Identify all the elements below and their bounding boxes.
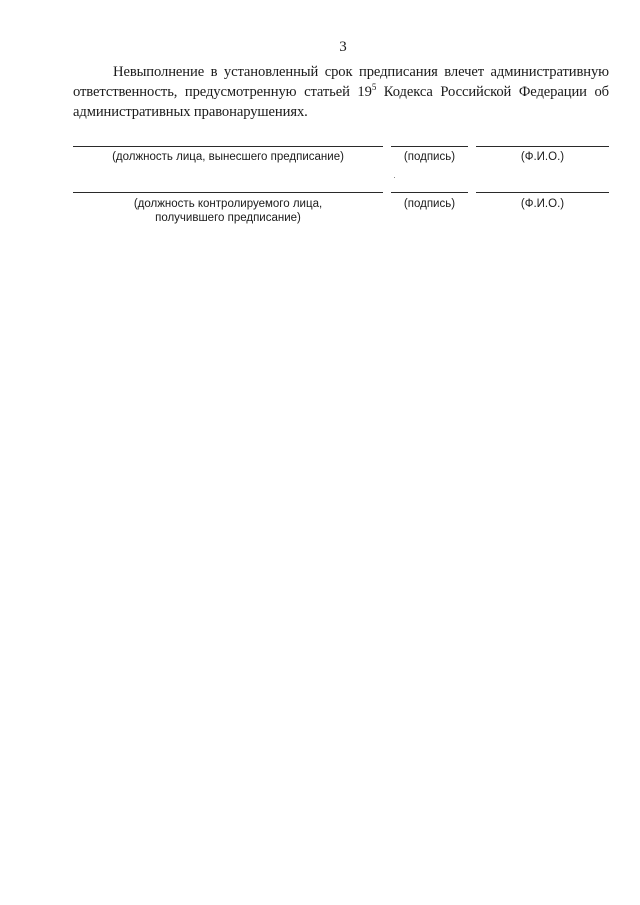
signature-line <box>391 146 468 147</box>
recipient-name-caption: (Ф.И.О.) <box>476 197 609 211</box>
recipient-signature-caption: (подпись) <box>391 197 468 211</box>
issuer-name-caption: (Ф.И.О.) <box>476 150 609 164</box>
position-signature-line <box>73 146 383 147</box>
issuer-position-caption: (должность лица, вынесшего предписание) <box>73 150 383 164</box>
name-signature-line <box>476 192 609 193</box>
name-signature-line <box>476 146 609 147</box>
liability-paragraph: Невыполнение в установленный срок предпи… <box>73 62 609 122</box>
page-number: 3 <box>0 38 640 56</box>
position-signature-line <box>73 192 383 193</box>
scan-speck <box>394 177 395 178</box>
recipient-position-caption: (должность контролируемого лица, получив… <box>73 197 383 225</box>
recipient-position-caption-line1: (должность контролируемого лица, <box>73 197 383 211</box>
recipient-position-caption-line2: получившего предписание) <box>73 211 383 225</box>
signature-line <box>391 192 468 193</box>
issuer-signature-caption: (подпись) <box>391 150 468 164</box>
